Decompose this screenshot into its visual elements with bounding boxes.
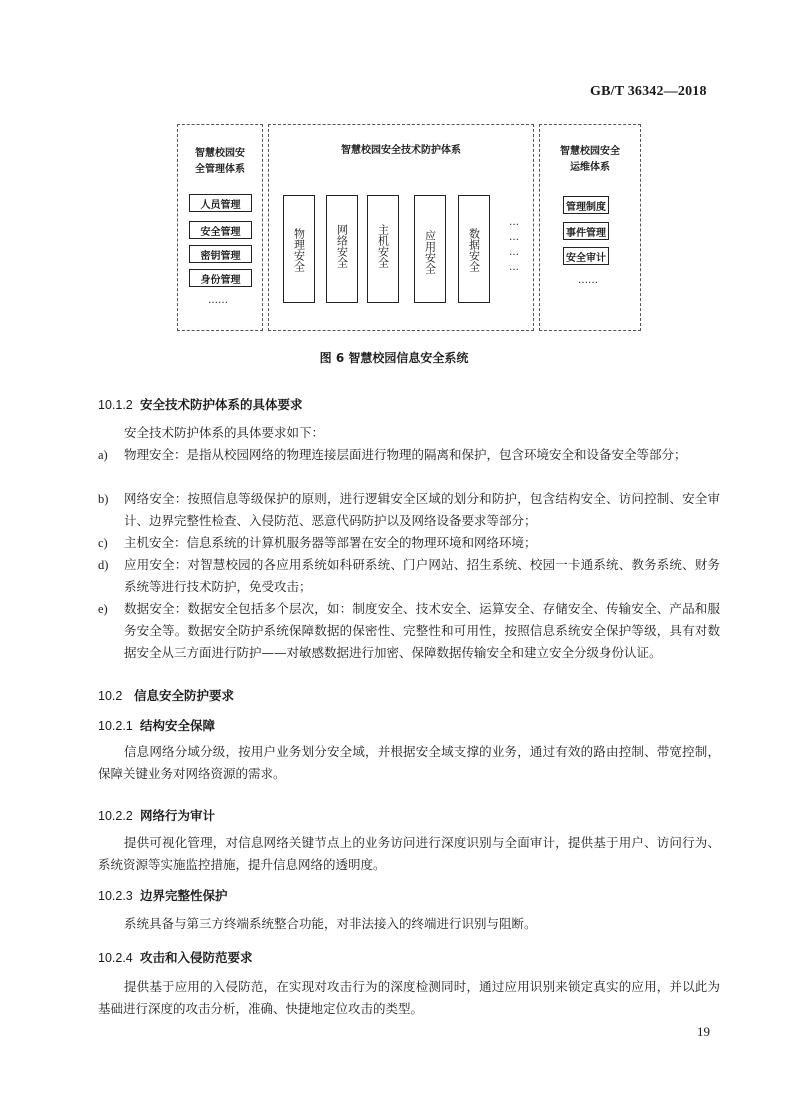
item-management-policy: 管理制度: [563, 196, 609, 214]
column-application-security: 应用安全: [414, 195, 446, 303]
item-incident-management: 事件管理: [563, 222, 609, 240]
heading-10-2-4: 10.2.4攻击和入侵防范要求: [98, 948, 253, 966]
heading-10-2-1: 10.2.1结构安全保障: [98, 716, 215, 734]
heading-10-2-2: 10.2.2网络行为审计: [98, 806, 215, 824]
figure-caption: 图 6 智慧校园信息安全系统: [0, 349, 788, 366]
heading-10-2-3: 10.2.3边界完整性保护: [98, 886, 228, 904]
paragraph-10-2-4: 提供基于应用的入侵防范，在实现对攻击行为的深度检测同时，通过应用识别来锁定真实的…: [98, 976, 720, 1020]
left-ellipsis: ……: [208, 295, 228, 306]
operations-system-title: 智慧校园安全 运维体系: [539, 144, 641, 176]
paragraph-10-2-2: 提供可视化管理，对信息网络关键节点上的业务访问进行深度识别与全面审计，提供基于用…: [98, 832, 720, 876]
middle-ellipsis-4: …: [509, 262, 519, 273]
paragraph-10-2-1: 信息网络分域分级，按用户业务划分安全域，并根据安全域支撑的业务，通过有效的路由控…: [98, 741, 720, 785]
column-data-security: 数据安全: [458, 195, 490, 303]
right-ellipsis: ……: [578, 275, 598, 286]
column-physical-security: 物理安全: [283, 195, 315, 303]
middle-ellipsis-3: …: [509, 247, 519, 258]
page-number: 19: [697, 1024, 710, 1040]
technical-protection-title: 智慧校园安全技术防护体系: [268, 143, 534, 159]
item-security-audit: 安全审计: [563, 247, 609, 265]
column-host-security: 主机安全: [367, 195, 399, 303]
item-security-management: 安全管理: [189, 221, 252, 239]
column-network-security: 网络安全: [326, 195, 358, 303]
item-identity-management: 身份管理: [189, 269, 252, 287]
middle-ellipsis-2: …: [509, 232, 519, 243]
heading-10-1-2: 10.1.2安全技术防护体系的具体要求: [98, 395, 303, 413]
heading-10-2: 10.2信息安全防护要求: [98, 686, 234, 704]
standard-code: GB/T 36342—2018: [590, 84, 707, 100]
item-personnel-management: 人员管理: [189, 194, 252, 212]
management-system-title: 智慧校园安 全管理体系: [177, 146, 263, 178]
intro-paragraph: 安全技术防护体系的具体要求如下：: [124, 422, 624, 444]
paragraph-10-2-3: 系统具备与第三方终端系统整合功能，对非法接入的终端进行识别与阻断。: [98, 913, 720, 935]
middle-ellipsis-1: …: [509, 217, 519, 228]
item-key-management: 密钥管理: [189, 245, 252, 263]
